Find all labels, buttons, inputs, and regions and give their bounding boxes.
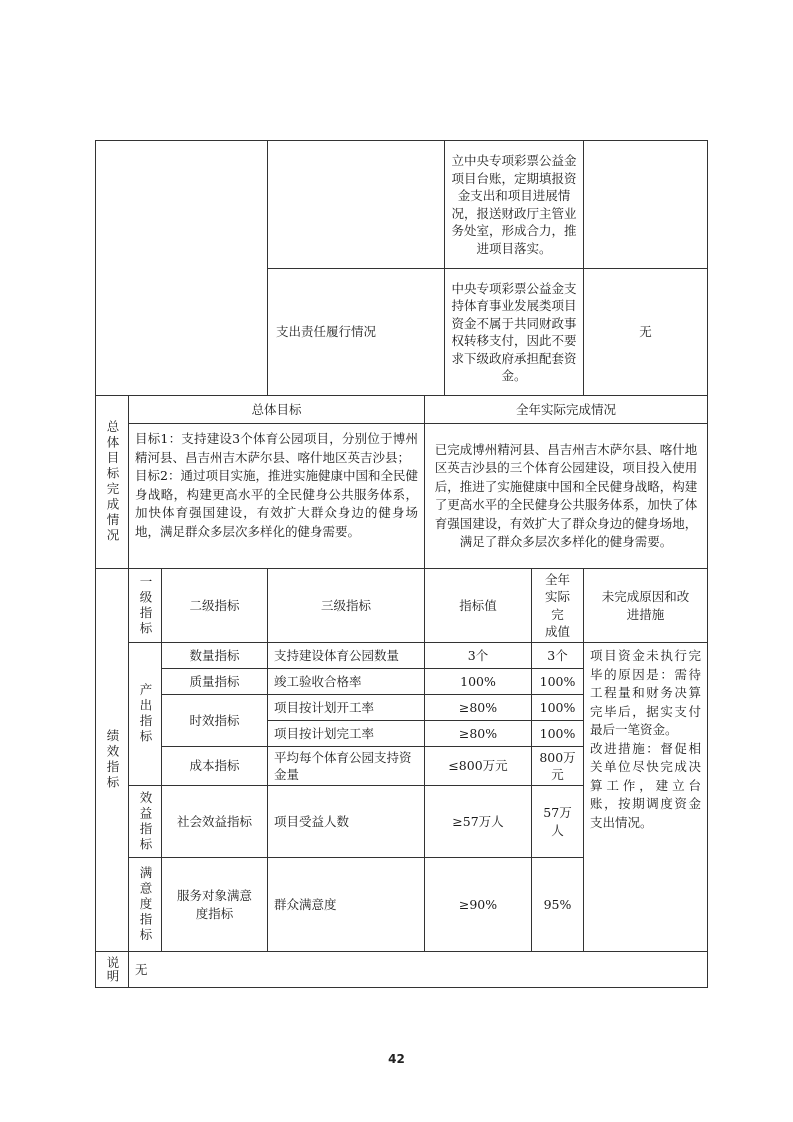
overall-goal-header: 总体目标 — [251, 401, 301, 419]
header-level2-cell: 二级指标 — [161, 568, 268, 643]
timeliness-start-actual: 100% — [540, 699, 576, 717]
cost-target: ≤800万元 — [448, 757, 507, 775]
quality-target-cell: 100% — [424, 668, 532, 695]
actual-completion-text-cell: 已完成博州精河县、昌吉州吉木萨尔县、喀什地区英吉沙县的三个体育公园建设，项目投入… — [424, 423, 708, 569]
cost-level3-cell: 平均每个体育公园支持资金量 — [267, 746, 425, 786]
timeliness-complete-actual: 100% — [540, 725, 576, 743]
quality-actual-cell: 100% — [531, 668, 584, 695]
timeliness-start-target: ≥80% — [459, 699, 497, 717]
timeliness-start-actual-cell: 100% — [531, 694, 584, 721]
actual-completion-text: 已完成博州精河县、昌吉州吉木萨尔县、喀什地区英吉沙县的三个体育公园建设，项目投入… — [431, 441, 701, 552]
quality-level3-cell: 竣工验收合格率 — [267, 668, 425, 695]
overall-goal-text-cell: 目标1：支持建设3个体育公园项目，分别位于博州精河县、昌吉州吉木萨尔县、喀什地区… — [128, 423, 425, 569]
overall-goal-text: 目标1：支持建设3个体育公园项目，分别位于博州精河县、昌吉州吉木萨尔县、喀什地区… — [135, 430, 418, 541]
output-indicator-label: 产出指标 — [138, 683, 152, 745]
top-row1-content-cell: 立中央专项彩票公益金项目台账，定期填报资金支出和项目进展情况，报送财政厅主管业务… — [444, 140, 584, 269]
cost-target-cell: ≤800万元 — [424, 746, 532, 786]
actual-completion-header-cell: 全年实际完成情况 — [424, 395, 708, 424]
timeliness-complete-level3-cell: 项目按计划完工率 — [267, 720, 425, 747]
satisfaction-level3-cell: 群众满意度 — [267, 857, 425, 952]
header-level2: 二级指标 — [189, 597, 239, 615]
notes-text: 无 — [135, 961, 148, 979]
performance-section-label: 绩效指标 — [105, 729, 119, 791]
quantity-indicator-cell: 数量指标 — [161, 642, 268, 669]
social-benefit-target-cell: ≥57万人 — [424, 785, 532, 858]
quantity-actual: 3个 — [547, 647, 567, 665]
top-row1-content-text: 立中央专项彩票公益金项目台账，定期填报资金支出和项目进展情况，报送财政厅主管业务… — [451, 152, 577, 257]
cost-indicator: 成本指标 — [189, 757, 239, 775]
notes-label-cell: 说明 — [95, 951, 129, 988]
timeliness-start-target-cell: ≥80% — [424, 694, 532, 721]
actual-completion-header: 全年实际完成情况 — [516, 401, 616, 419]
satisfaction-indicator-label-cell: 满意度指标 — [128, 857, 162, 952]
top-row1-right-cell — [583, 140, 708, 269]
quantity-target: 3个 — [468, 647, 488, 665]
header-reason: 未完成原因和改进措施 — [598, 588, 693, 623]
social-benefit-target: ≥57万人 — [452, 813, 503, 831]
timeliness-start-level3: 项目按计划开工率 — [274, 699, 374, 717]
social-benefit-actual: 57万 人 — [543, 804, 571, 839]
satisfaction-level3: 群众满意度 — [274, 896, 337, 914]
satisfaction-actual-cell: 95% — [531, 857, 584, 952]
cost-indicator-cell: 成本指标 — [161, 746, 268, 786]
expenditure-responsibility-label: 支出责任履行情况 — [276, 323, 376, 341]
timeliness-complete-target-cell: ≥80% — [424, 720, 532, 747]
header-level1-cell: 一级指标 — [128, 568, 162, 643]
quality-level3: 竣工验收合格率 — [274, 673, 362, 691]
performance-section-label-cell: 绩效指标 — [95, 568, 129, 952]
quantity-level3-cell: 支持建设体育公园数量 — [267, 642, 425, 669]
header-level1: 一级指标 — [138, 575, 152, 637]
output-indicator-label-cell: 产出指标 — [128, 642, 162, 786]
cost-level3: 平均每个体育公园支持资金量 — [274, 749, 420, 784]
timeliness-complete-actual-cell: 100% — [531, 720, 584, 747]
satisfaction-actual: 95% — [544, 896, 572, 914]
header-level3-cell: 三级指标 — [267, 568, 425, 643]
notes-text-cell: 无 — [128, 951, 708, 988]
header-target-cell: 指标值 — [424, 568, 532, 643]
social-benefit-level3: 项目受益人数 — [274, 813, 349, 831]
expenditure-responsibility-result: 无 — [639, 323, 652, 341]
quantity-target-cell: 3个 — [424, 642, 532, 669]
header-actual-cell: 全年 实际 完 成值 — [531, 568, 584, 643]
header-actual: 全年 实际 完 成值 — [545, 571, 570, 641]
service-satisfaction-indicator-cell: 服务对象满意度指标 — [161, 857, 268, 952]
social-benefit-indicator-cell: 社会效益指标 — [161, 785, 268, 858]
document-page: 立中央专项彩票公益金项目台账，定期填报资金支出和项目进展情况，报送财政厅主管业务… — [0, 0, 793, 1122]
quantity-level3: 支持建设体育公园数量 — [274, 647, 399, 665]
benefit-indicator-label: 效益指标 — [138, 791, 152, 853]
header-level3: 三级指标 — [321, 597, 371, 615]
timeliness-complete-target: ≥80% — [459, 725, 497, 743]
expenditure-responsibility-result-cell: 无 — [583, 268, 708, 396]
header-target: 指标值 — [459, 597, 497, 615]
notes-label: 说明 — [105, 956, 119, 983]
cost-actual-cell: 800万 元 — [531, 746, 584, 786]
cost-actual: 800万 元 — [539, 749, 575, 784]
expenditure-responsibility-content-cell: 中央专项彩票公益金支持体育事业发展类项目资金不属于共同财政事权转移支付，因此不要… — [444, 268, 584, 396]
service-satisfaction-indicator: 服务对象满意度指标 — [174, 887, 255, 922]
header-reason-cell: 未完成原因和改进措施 — [583, 568, 708, 643]
page-number: 42 — [0, 1052, 793, 1066]
expenditure-responsibility-content: 中央专项彩票公益金支持体育事业发展类项目资金不属于共同财政事权转移支付，因此不要… — [451, 280, 577, 385]
top-row1-label-cell — [267, 140, 445, 269]
timeliness-complete-level3: 项目按计划完工率 — [274, 725, 374, 743]
overall-goal-section-label: 总体目标完成情况 — [105, 420, 119, 544]
social-benefit-level3-cell: 项目受益人数 — [267, 785, 425, 858]
quality-actual: 100% — [540, 673, 576, 691]
quality-target: 100% — [460, 673, 496, 691]
top-left-blank-cell — [95, 140, 268, 396]
quantity-indicator: 数量指标 — [189, 647, 239, 665]
quality-indicator-cell: 质量指标 — [161, 668, 268, 695]
satisfaction-indicator-label: 满意度指标 — [138, 866, 152, 944]
reason-text: 项目资金未执行完毕的原因是：需待工程量和财务决算完毕后，据实支付最后一笔资金。 … — [590, 647, 701, 832]
timeliness-start-level3-cell: 项目按计划开工率 — [267, 694, 425, 721]
timeliness-indicator-cell: 时效指标 — [161, 694, 268, 747]
satisfaction-target-cell: ≥90% — [424, 857, 532, 952]
overall-goal-section-label-cell: 总体目标完成情况 — [95, 395, 129, 569]
expenditure-responsibility-label-cell: 支出责任履行情况 — [267, 268, 445, 396]
timeliness-indicator: 时效指标 — [189, 712, 239, 730]
reason-cell: 项目资金未执行完毕的原因是：需待工程量和财务决算完毕后，据实支付最后一笔资金。 … — [583, 642, 708, 952]
overall-goal-header-cell: 总体目标 — [128, 395, 425, 424]
social-benefit-indicator: 社会效益指标 — [177, 813, 252, 831]
quantity-actual-cell: 3个 — [531, 642, 584, 669]
satisfaction-target: ≥90% — [459, 896, 497, 914]
quality-indicator: 质量指标 — [189, 673, 239, 691]
benefit-indicator-label-cell: 效益指标 — [128, 785, 162, 858]
social-benefit-actual-cell: 57万 人 — [531, 785, 584, 858]
